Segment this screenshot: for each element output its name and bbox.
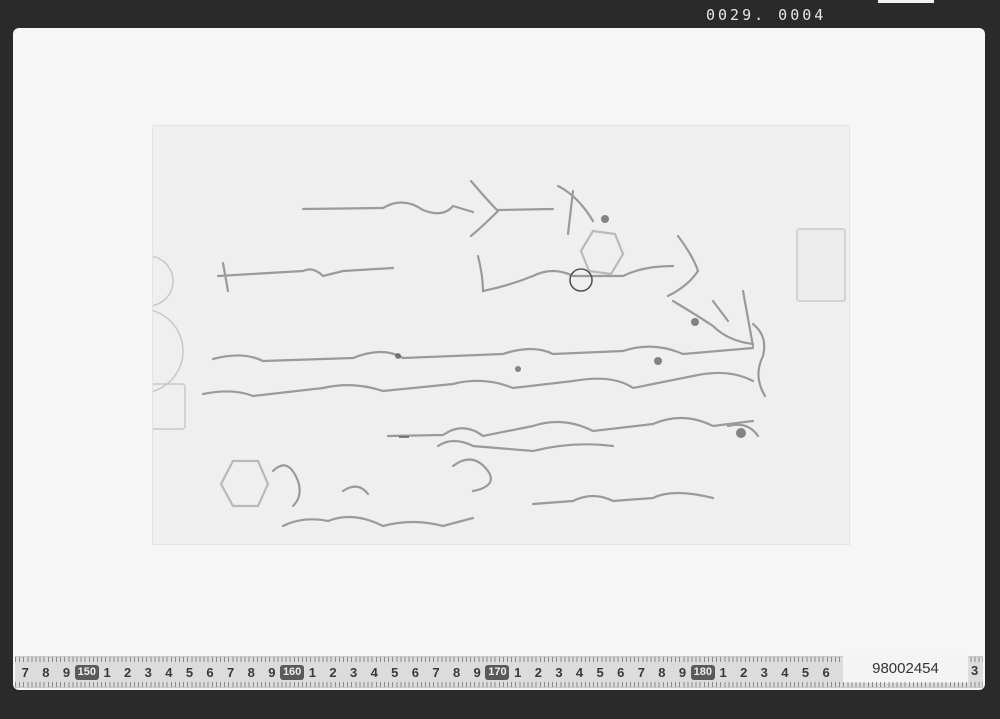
ruler-number: 1 (97, 665, 118, 680)
document-page (152, 125, 850, 545)
square-seal-icon (796, 228, 846, 302)
ruler-number: 6 (405, 665, 426, 680)
ruler-number: 9 (672, 665, 693, 680)
ruler-number: 9 (56, 665, 77, 680)
measurement-ruler: 7 8 9 150 1 2 3 4 5 6 7 8 9 160 1 2 3 4 … (15, 656, 983, 688)
ruler-number: 7 (426, 665, 447, 680)
ruler-ticks-bottom (15, 682, 983, 687)
ruler-number: 1 (713, 665, 734, 680)
ruler-number: 5 (179, 665, 200, 680)
ruler-number: 5 (385, 665, 406, 680)
ruler-number: 3 (343, 665, 364, 680)
ruler-major-number: 170 (485, 665, 509, 680)
ruler-number: 9 (262, 665, 283, 680)
microfilm-frame: 0029. 0004 (0, 0, 1000, 719)
ruler-major-number: 160 (280, 665, 304, 680)
ruler-number: 2 (733, 665, 754, 680)
ruler-major-number: 180 (691, 665, 715, 680)
ruler-number: 7 (220, 665, 241, 680)
ruler-number: 6 (816, 665, 837, 680)
ruler-number: 3 (549, 665, 570, 680)
ruler-number: 7 (15, 665, 36, 680)
ruler-ticks-top (15, 657, 983, 662)
ruler-number: 5 (590, 665, 611, 680)
ruler-number: 1 (507, 665, 528, 680)
ruler-number: 3 (971, 663, 978, 678)
ruler-number: 6 (610, 665, 631, 680)
ruler-number: 5 (795, 665, 816, 680)
ruler-number: 7 (631, 665, 652, 680)
ruler-number: 8 (241, 665, 262, 680)
ruler-major-number: 150 (75, 665, 99, 680)
handwriting-strokes (153, 126, 849, 544)
ruler-number: 4 (159, 665, 180, 680)
ruler-number: 2 (323, 665, 344, 680)
ruler-number: 8 (652, 665, 673, 680)
ruler-numbers: 7 8 9 150 1 2 3 4 5 6 7 8 9 160 1 2 3 4 … (15, 663, 845, 681)
ruler-number: 8 (36, 665, 57, 680)
frame-number: 0029. 0004 (706, 6, 826, 24)
ruler-number: 8 (446, 665, 467, 680)
ruler-number: 4 (775, 665, 796, 680)
film-marker-tab (878, 0, 934, 3)
ruler-number: 3 (138, 665, 159, 680)
ruler-number: 2 (528, 665, 549, 680)
ruler-number: 4 (569, 665, 590, 680)
ruler-number: 1 (302, 665, 323, 680)
ruler-number: 6 (200, 665, 221, 680)
ruler-number: 9 (467, 665, 488, 680)
ruler-number: 4 (364, 665, 385, 680)
ruler-number: 3 (754, 665, 775, 680)
archive-id-label: 98002454 (843, 655, 968, 683)
ruler-number: 2 (117, 665, 138, 680)
